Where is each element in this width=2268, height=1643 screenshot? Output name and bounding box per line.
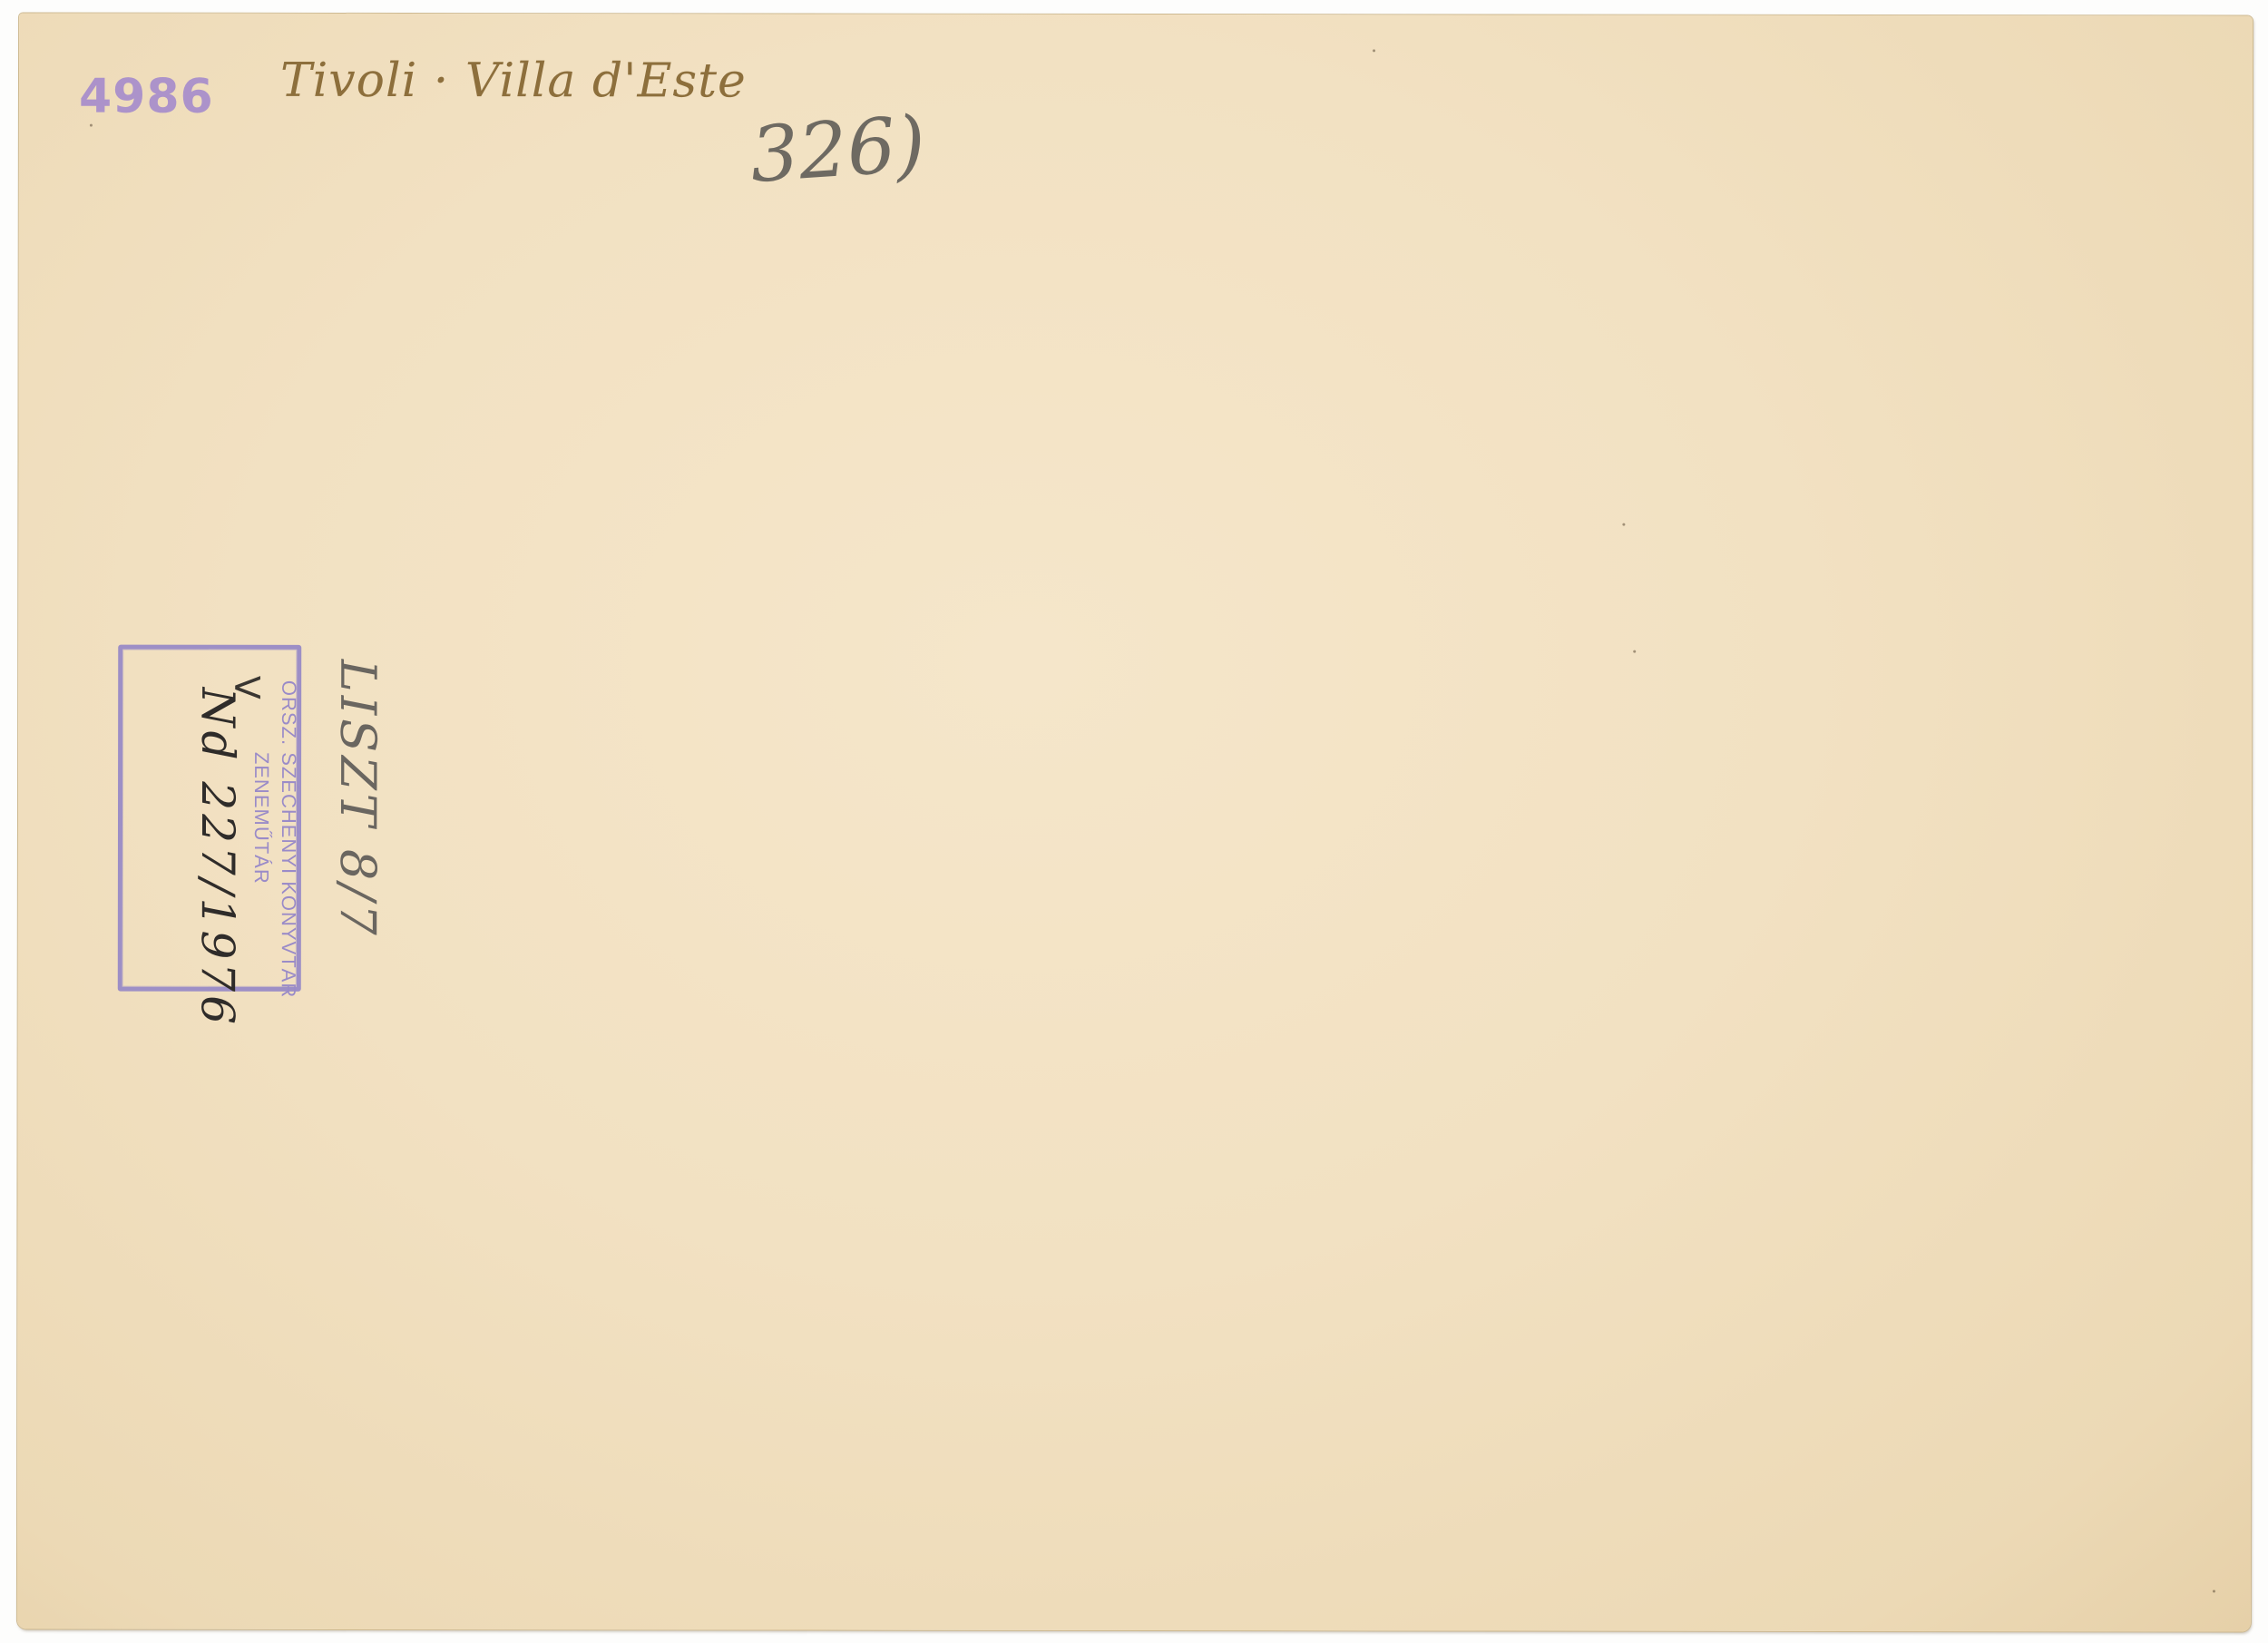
photo-card-back: 4986 Tivoli · Villa d'Este 326) ORSZ. SZ…: [17, 13, 2253, 1631]
library-ownership-stamp: ORSZ. SZÉCHÉNYI KÖNYVTÁR ZENEMŰTÁR V Nd …: [118, 645, 301, 992]
handwritten-caption: Tivoli · Villa d'Este: [280, 54, 747, 109]
pencil-reference-number: 326): [748, 99, 928, 200]
pencil-liszt-note: LISZT 8/7: [329, 660, 386, 939]
paper-speck: [1373, 49, 1375, 52]
paper-speck: [1633, 650, 1636, 653]
paper-speck: [2213, 1589, 2215, 1592]
inventory-number-stamp: 4986: [79, 70, 214, 124]
stamp-register-number: Nd 227/1976: [191, 688, 244, 1028]
paper-speck: [90, 124, 93, 127]
stamp-library-name: ORSZ. SZÉCHÉNYI KÖNYVTÁR: [277, 680, 300, 998]
paper-speck: [1622, 523, 1625, 526]
stamp-department-name: ZENEMŰTÁR: [249, 752, 273, 885]
